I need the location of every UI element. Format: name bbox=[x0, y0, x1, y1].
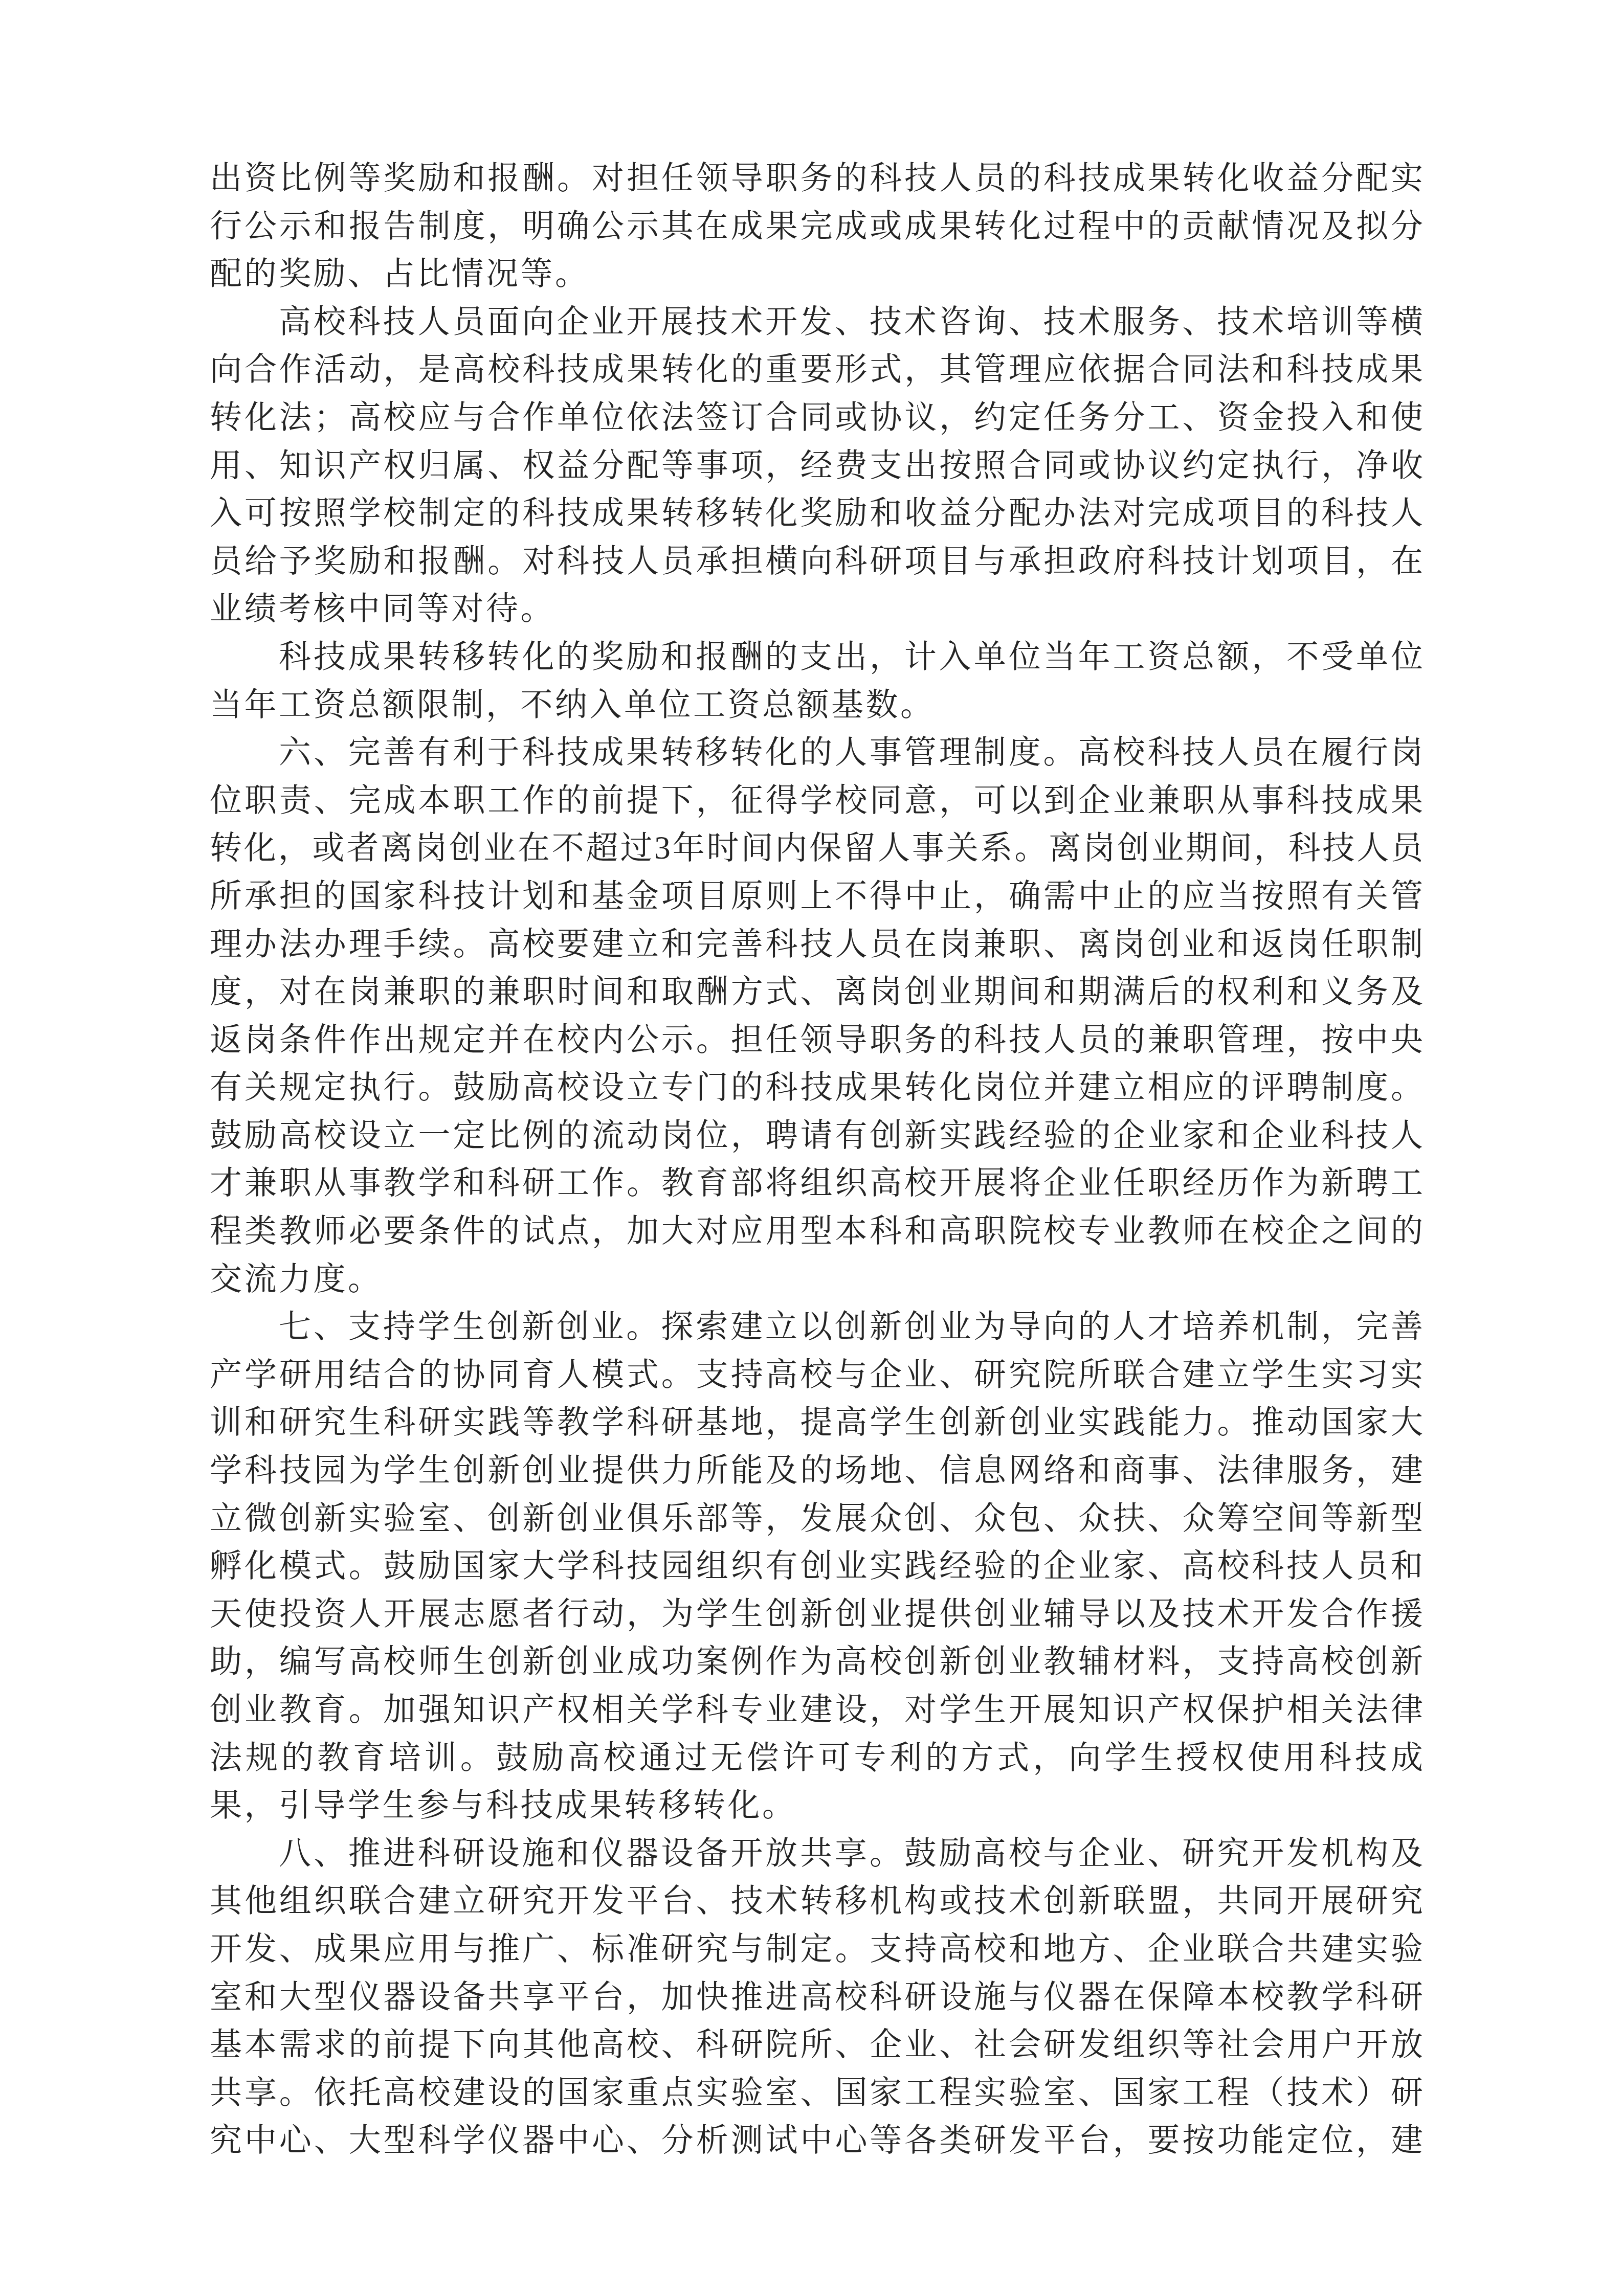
text-line: 高校科技人员面向企业开展技术开发、技术咨询、技术服务、技术培训等横 bbox=[210, 298, 1423, 346]
text-line: 产学研用结合的协同育人模式。支持高校与企业、研究院所联合建立学生实习实 bbox=[210, 1351, 1423, 1399]
text-line: 所承担的国家科技计划和基金项目原则上不得中止，确需中止的应当按照有关管 bbox=[210, 872, 1423, 920]
text-line: 转化，或者离岗创业在不超过3年时间内保留人事关系。离岗创业期间，科技人员 bbox=[210, 824, 1423, 872]
text-line: 创业教育。加强知识产权相关学科专业建设，对学生开展知识产权保护相关法律 bbox=[210, 1686, 1423, 1734]
text-line: 六、完善有利于科技成果转移转化的人事管理制度。高校科技人员在履行岗 bbox=[210, 729, 1423, 777]
text-line: 配的奖励、占比情况等。 bbox=[210, 250, 1423, 298]
text-line: 其他组织联合建立研究开发平台、技术转移机构或技术创新联盟，共同开展研究 bbox=[210, 1877, 1423, 1925]
text-line: 八、推进科研设施和仪器设备开放共享。鼓励高校与企业、研究开发机构及 bbox=[210, 1830, 1423, 1878]
text-line: 有关规定执行。鼓励高校设立专门的科技成果转化岗位并建立相应的评聘制度。 bbox=[210, 1064, 1423, 1112]
text-line: 立微创新实验室、创新创业俱乐部等，发展众创、众包、众扶、众筹空间等新型 bbox=[210, 1495, 1423, 1543]
text-line: 究中心、大型科学仪器中心、分析测试中心等各类研发平台，要按功能定位，建 bbox=[210, 2117, 1423, 2165]
text-line: 行公示和报告制度，明确公示其在成果完成或成果转化过程中的贡献情况及拟分 bbox=[210, 202, 1423, 251]
text-line: 程类教师必要条件的试点，加大对应用型本科和高职院校专业教师在校企之间的 bbox=[210, 1207, 1423, 1255]
text-line: 用、知识产权归属、权益分配等事项，经费支出按照合同或协议约定执行，净收 bbox=[210, 442, 1423, 490]
paragraph: 科技成果转移转化的奖励和报酬的支出，计入单位当年工资总额，不受单位当年工资总额限… bbox=[210, 633, 1423, 729]
text-line: 孵化模式。鼓励国家大学科技园组织有创业实践经验的企业家、高校科技人员和 bbox=[210, 1542, 1423, 1590]
text-line: 才兼职从事教学和科研工作。教育部将组织高校开展将企业任职经历作为新聘工 bbox=[210, 1159, 1423, 1207]
text-line: 当年工资总额限制，不纳入单位工资总额基数。 bbox=[210, 681, 1423, 729]
document-body: 出资比例等奖励和报酬。对担任领导职务的科技人员的科技成果转化收益分配实行公示和报… bbox=[210, 154, 1423, 2165]
paragraph: 出资比例等奖励和报酬。对担任领导职务的科技人员的科技成果转化收益分配实行公示和报… bbox=[210, 154, 1423, 298]
paragraph: 七、支持学生创新创业。探索建立以创新创业为导向的人才培养机制，完善产学研用结合的… bbox=[210, 1303, 1423, 1830]
text-line: 果，引导学生参与科技成果转移转化。 bbox=[210, 1782, 1423, 1830]
text-line: 共享。依托高校建设的国家重点实验室、国家工程实验室、国家工程（技术）研 bbox=[210, 2069, 1423, 2117]
paragraph: 八、推进科研设施和仪器设备开放共享。鼓励高校与企业、研究开发机构及其他组织联合建… bbox=[210, 1830, 1423, 2165]
text-line: 鼓励高校设立一定比例的流动岗位，聘请有创新实践经验的企业家和企业科技人 bbox=[210, 1112, 1423, 1160]
paragraph: 六、完善有利于科技成果转移转化的人事管理制度。高校科技人员在履行岗位职责、完成本… bbox=[210, 729, 1423, 1303]
paragraph: 高校科技人员面向企业开展技术开发、技术咨询、技术服务、技术培训等横向合作活动，是… bbox=[210, 298, 1423, 633]
text-line: 度，对在岗兼职的兼职时间和取酬方式、离岗创业期间和期满后的权利和义务及 bbox=[210, 968, 1423, 1016]
text-line: 助，编写高校师生创新创业成功案例作为高校创新创业教辅材料，支持高校创新 bbox=[210, 1638, 1423, 1686]
text-line: 入可按照学校制定的科技成果转移转化奖励和收益分配办法对完成项目的科技人 bbox=[210, 489, 1423, 537]
text-line: 训和研究生科研实践等教学科研基地，提高学生创新创业实践能力。推动国家大 bbox=[210, 1399, 1423, 1447]
text-line: 科技成果转移转化的奖励和报酬的支出，计入单位当年工资总额，不受单位 bbox=[210, 633, 1423, 681]
text-line: 业绩考核中同等对待。 bbox=[210, 585, 1423, 633]
text-line: 学科技园为学生创新创业提供力所能及的场地、信息网络和商事、法律服务，建 bbox=[210, 1447, 1423, 1495]
text-line: 天使投资人开展志愿者行动，为学生创新创业提供创业辅导以及技术开发合作援 bbox=[210, 1590, 1423, 1638]
text-line: 理办法办理手续。高校要建立和完善科技人员在岗兼职、离岗创业和返岗任职制 bbox=[210, 920, 1423, 969]
text-line: 法规的教育培训。鼓励高校通过无偿许可专利的方式，向学生授权使用科技成 bbox=[210, 1734, 1423, 1782]
text-line: 返岗条件作出规定并在校内公示。担任领导职务的科技人员的兼职管理，按中央 bbox=[210, 1016, 1423, 1064]
text-line: 转化法；高校应与合作单位依法签订合同或协议，约定任务分工、资金投入和使 bbox=[210, 394, 1423, 442]
text-line: 员给予奖励和报酬。对科技人员承担横向科研项目与承担政府科技计划项目，在 bbox=[210, 537, 1423, 586]
text-line: 出资比例等奖励和报酬。对担任领导职务的科技人员的科技成果转化收益分配实 bbox=[210, 154, 1423, 202]
text-line: 基本需求的前提下向其他高校、科研院所、企业、社会研发组织等社会用户开放 bbox=[210, 2021, 1423, 2069]
text-line: 室和大型仪器设备共享平台，加快推进高校科研设施与仪器在保障本校教学科研 bbox=[210, 1973, 1423, 2021]
text-line: 七、支持学生创新创业。探索建立以创新创业为导向的人才培养机制，完善 bbox=[210, 1303, 1423, 1351]
text-line: 交流力度。 bbox=[210, 1255, 1423, 1303]
document-page: 出资比例等奖励和报酬。对担任领导职务的科技人员的科技成果转化收益分配实行公示和报… bbox=[0, 0, 1623, 2296]
text-line: 开发、成果应用与推广、标准研究与制定。支持高校和地方、企业联合共建实验 bbox=[210, 1925, 1423, 1973]
text-line: 向合作活动，是高校科技成果转化的重要形式，其管理应依据合同法和科技成果 bbox=[210, 346, 1423, 394]
text-line: 位职责、完成本职工作的前提下，征得学校同意，可以到企业兼职从事科技成果 bbox=[210, 777, 1423, 825]
